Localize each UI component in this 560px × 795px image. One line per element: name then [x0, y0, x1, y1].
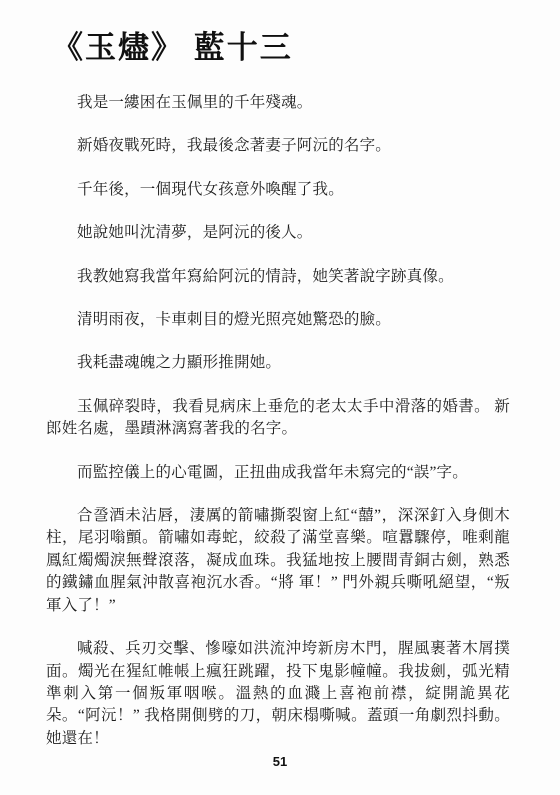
paragraph: 玉佩碎裂時，我看見病床上垂危的老太太手中滑落的婚書。 新郎姓名處，墨蹟淋漓寫著我…	[46, 396, 510, 441]
page-number: 51	[0, 754, 560, 769]
paragraph: 我是一縷困在玉佩里的千年殘魂。	[46, 92, 510, 114]
paragraph: 新婚夜戰死時，我最後念著妻子阿沅的名字。	[46, 135, 510, 157]
paragraph: 合巹酒未沾唇，淒厲的箭嘯撕裂窗上紅“囍”，深深釘入身側木柱，尾羽嗡顫。箭嘯如毒蛇…	[46, 505, 510, 617]
paragraph: 我耗盡魂魄之力顯形推開她。	[46, 352, 510, 374]
page-title: 《玉燼》 藍十三	[52, 22, 510, 67]
story-body: 我是一縷困在玉佩里的千年殘魂。新婚夜戰死時，我最後念著妻子阿沅的名字。千年後，一…	[46, 92, 510, 750]
document-page: 《玉燼》 藍十三 我是一縷困在玉佩里的千年殘魂。新婚夜戰死時，我最後念著妻子阿沅…	[0, 0, 560, 795]
paragraph: 喊殺、兵刃交擊、慘嚎如洪流沖垮新房木門，腥風裹著木屑撲面。燭光在猩紅帷帳上瘋狂跳…	[46, 638, 510, 750]
paragraph: 清明雨夜，卡車刺目的燈光照亮她驚恐的臉。	[46, 309, 510, 331]
paragraph: 千年後，一個現代女孩意外喚醒了我。	[46, 179, 510, 201]
paragraph: 她說她叫沈清夢，是阿沅的後人。	[46, 222, 510, 244]
paragraph: 我教她寫我當年寫給阿沅的情詩，她笑著說字跡真像。	[46, 266, 510, 288]
paragraph: 而監控儀上的心電圖，正扭曲成我當年未寫完的“誤”字。	[46, 462, 510, 484]
